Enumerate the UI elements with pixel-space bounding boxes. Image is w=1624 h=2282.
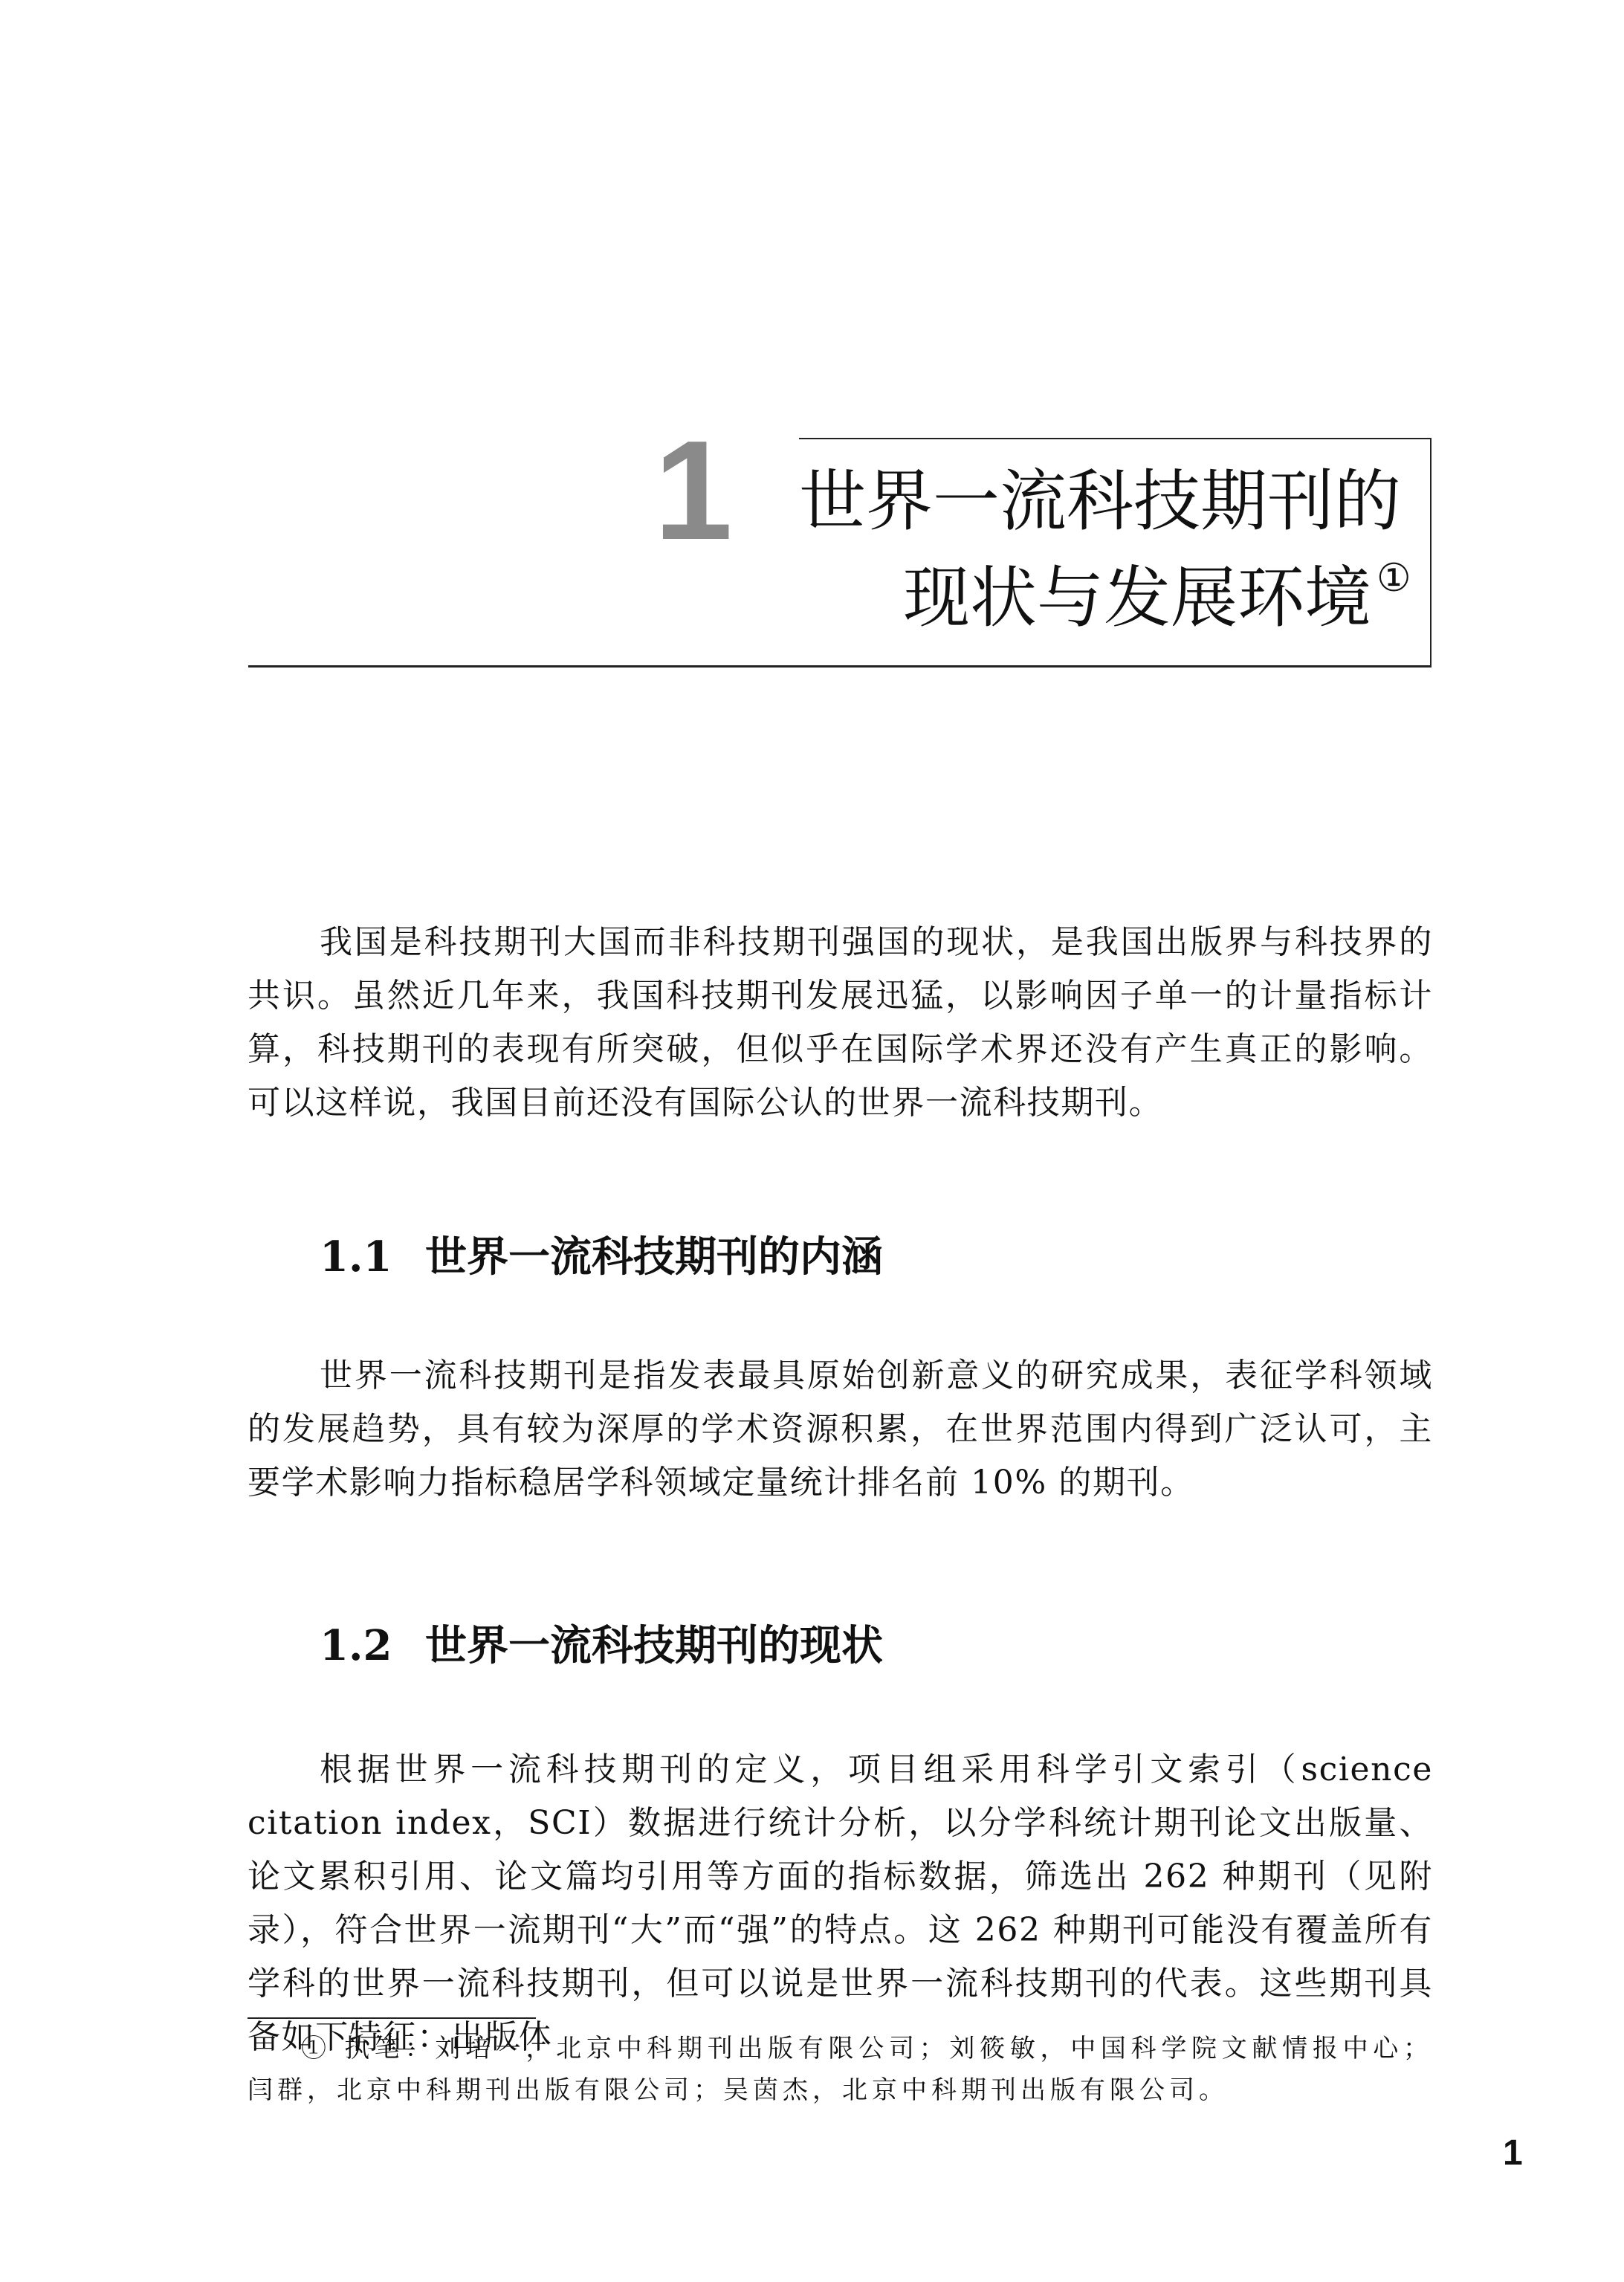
section-number: 1.2	[320, 1619, 425, 1672]
chapter-title-line-1: 世界一流科技期刊的	[799, 465, 1401, 539]
chapter-footnote-reference[interactable]: ①	[1376, 559, 1411, 598]
section-1-2-paragraph: 根据世界一流科技期刊的定义，项目组采用科学引文索引（science citati…	[248, 1743, 1433, 2064]
intro-paragraph: 我国是科技期刊大国而非科技期刊强国的现状，是我国出版界与科技界的共识。虽然近几年…	[248, 916, 1433, 1130]
chapter-box-bottom-rule	[248, 665, 1431, 668]
chapter-title-line-2: 现状与发展环境	[903, 561, 1371, 636]
page-number: 1	[1503, 2135, 1523, 2172]
section-heading-1-1: 1.1世界一流科技期刊的内涵	[320, 1230, 883, 1284]
footnote-separator	[248, 2017, 536, 2019]
chapter-box-right-rule	[1430, 438, 1431, 668]
section-1-1-paragraph: 世界一流科技期刊是指发表最具原始创新意义的研究成果，表征学科领域的发展趋势，具有…	[248, 1349, 1433, 1510]
chapter-number: 1	[654, 420, 733, 561]
section-number: 1.1	[320, 1230, 425, 1284]
chapter-box-top-rule	[799, 438, 1431, 439]
section-title: 世界一流科技期刊的现状	[425, 1621, 883, 1670]
section-heading-1-2: 1.2世界一流科技期刊的现状	[320, 1619, 883, 1672]
section-title: 世界一流科技期刊的内涵	[425, 1232, 883, 1281]
footnote: ① 执笔：刘培一，北京中科期刊出版有限公司；刘筱敏，中国科学院文献情报中心；闫群…	[248, 2028, 1433, 2111]
